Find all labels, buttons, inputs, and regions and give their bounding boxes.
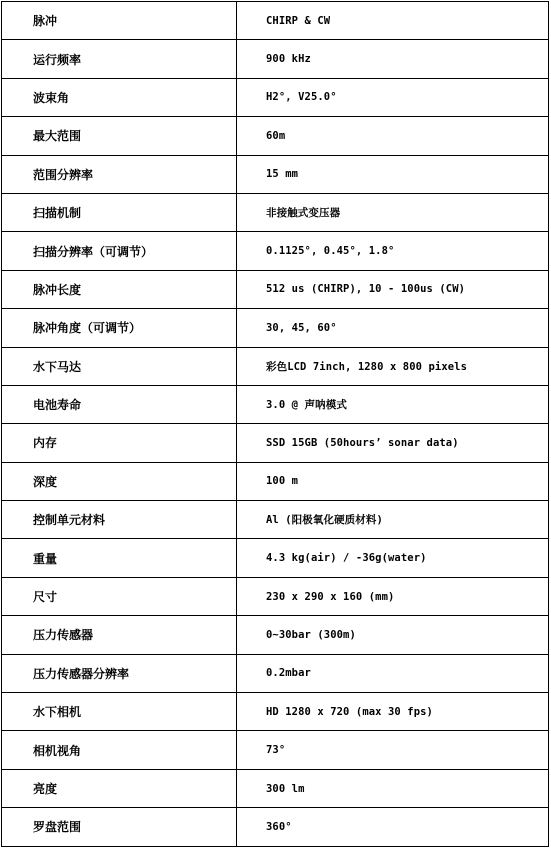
spec-label: 压力传感器分辨率 xyxy=(2,654,237,692)
spec-label: 电池寿命 xyxy=(2,385,237,423)
spec-label: 压力传感器 xyxy=(2,616,237,654)
table-row-range-resolution: 范围分辨率 15 mm xyxy=(2,155,549,193)
table-row-weight: 重量 4.3 kg(air) / -36g(water) xyxy=(2,539,549,577)
table-row-pressure-sensor-resolution: 压力传感器分辨率 0.2mbar xyxy=(2,654,549,692)
spec-label: 深度 xyxy=(2,462,237,500)
spec-label: 重量 xyxy=(2,539,237,577)
spec-value: CHIRP & CW xyxy=(237,2,549,40)
table-row-scan-resolution: 扫描分辨率（可调节） 0.1125°, 0.45°, 1.8° xyxy=(2,232,549,270)
table-row-underwater-camera: 水下相机 HD 1280 x 720 (max 30 fps) xyxy=(2,693,549,731)
spec-value: SSD 15GB (50hours’ sonar data) xyxy=(237,424,549,462)
spec-label: 扫描机制 xyxy=(2,193,237,231)
spec-label: 尺寸 xyxy=(2,577,237,615)
spec-value: 非接触式变压器 xyxy=(237,193,549,231)
spec-label: 罗盘范围 xyxy=(2,808,237,846)
table-row-pressure-sensor: 压力传感器 0~30bar (300m) xyxy=(2,616,549,654)
spec-value: 60m xyxy=(237,117,549,155)
table-row-operating-frequency: 运行频率 900 kHz xyxy=(2,40,549,78)
table-row-camera-field-of-view: 相机视角 73° xyxy=(2,731,549,769)
spec-value: 彩色LCD 7inch, 1280 x 800 pixels xyxy=(237,347,549,385)
spec-value: 0.1125°, 0.45°, 1.8° xyxy=(237,232,549,270)
spec-value: 0.2mbar xyxy=(237,654,549,692)
spec-label: 范围分辨率 xyxy=(2,155,237,193)
spec-label: 最大范围 xyxy=(2,117,237,155)
spec-value: 0~30bar (300m) xyxy=(237,616,549,654)
spec-label: 运行频率 xyxy=(2,40,237,78)
table-row-memory: 内存 SSD 15GB (50hours’ sonar data) xyxy=(2,424,549,462)
spec-value: 4.3 kg(air) / -36g(water) xyxy=(237,539,549,577)
spec-value: Al (阳极氧化硬质材料) xyxy=(237,501,549,539)
spec-value: 3.0 @ 声呐模式 xyxy=(237,385,549,423)
spec-label: 脉冲长度 xyxy=(2,270,237,308)
spec-value: 100 m xyxy=(237,462,549,500)
table-row-dimensions: 尺寸 230 x 290 x 160 (mm) xyxy=(2,577,549,615)
spec-label: 亮度 xyxy=(2,769,237,807)
spec-label: 扫描分辨率（可调节） xyxy=(2,232,237,270)
spec-label: 控制单元材料 xyxy=(2,501,237,539)
table-row-pulse: 脉冲 CHIRP & CW xyxy=(2,2,549,40)
spec-value: 230 x 290 x 160 (mm) xyxy=(237,577,549,615)
spec-table: 脉冲 CHIRP & CW 运行频率 900 kHz 波束角 H2°, V25.… xyxy=(1,1,549,847)
spec-value: 360° xyxy=(237,808,549,846)
spec-label: 相机视角 xyxy=(2,731,237,769)
table-row-beam-angle: 波束角 H2°, V25.0° xyxy=(2,78,549,116)
spec-value: 300 lm xyxy=(237,769,549,807)
table-row-pulse-length: 脉冲长度 512 us (CHIRP), 10 - 100us (CW) xyxy=(2,270,549,308)
table-row-brightness: 亮度 300 lm xyxy=(2,769,549,807)
spec-label: 脉冲角度（可调节） xyxy=(2,309,237,347)
spec-label: 水下马达 xyxy=(2,347,237,385)
table-row-max-range: 最大范围 60m xyxy=(2,117,549,155)
spec-value: 900 kHz xyxy=(237,40,549,78)
spec-value: 30, 45, 60° xyxy=(237,309,549,347)
table-row-compass-range: 罗盘范围 360° xyxy=(2,808,549,846)
table-row-scan-mechanism: 扫描机制 非接触式变压器 xyxy=(2,193,549,231)
spec-value: 512 us (CHIRP), 10 - 100us (CW) xyxy=(237,270,549,308)
table-row-underwater-motor: 水下马达 彩色LCD 7inch, 1280 x 800 pixels xyxy=(2,347,549,385)
spec-value: 15 mm xyxy=(237,155,549,193)
table-row-depth: 深度 100 m xyxy=(2,462,549,500)
spec-table-body: 脉冲 CHIRP & CW 运行频率 900 kHz 波束角 H2°, V25.… xyxy=(2,2,549,847)
spec-value: H2°, V25.0° xyxy=(237,78,549,116)
spec-label: 内存 xyxy=(2,424,237,462)
table-row-control-unit-material: 控制单元材料 Al (阳极氧化硬质材料) xyxy=(2,501,549,539)
spec-value: HD 1280 x 720 (max 30 fps) xyxy=(237,693,549,731)
spec-label: 脉冲 xyxy=(2,2,237,40)
spec-label: 水下相机 xyxy=(2,693,237,731)
spec-value: 73° xyxy=(237,731,549,769)
table-row-pulse-angle: 脉冲角度（可调节） 30, 45, 60° xyxy=(2,309,549,347)
table-row-battery-life: 电池寿命 3.0 @ 声呐模式 xyxy=(2,385,549,423)
spec-label: 波束角 xyxy=(2,78,237,116)
